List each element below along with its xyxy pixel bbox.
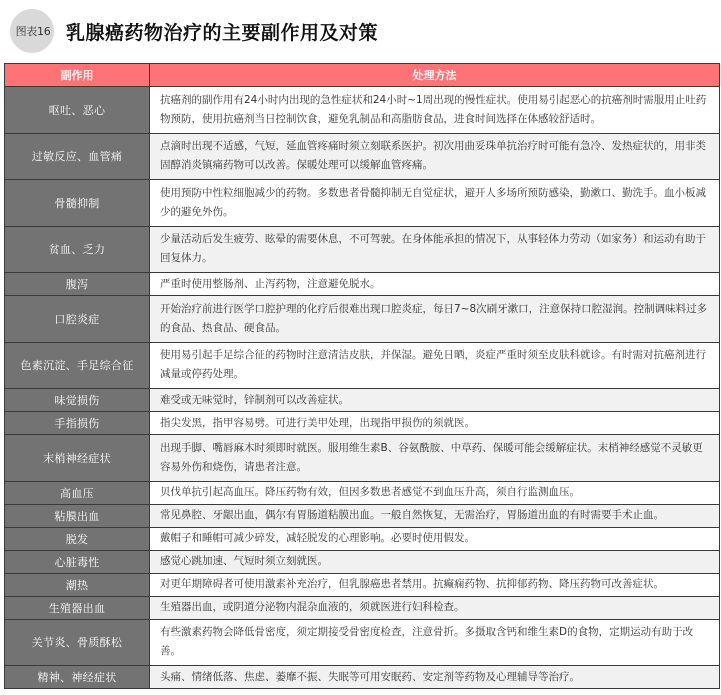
- table-row: 心脏毒性 感觉心跳加速、气短时须立刻就医。: [5, 550, 720, 573]
- side-effects-table: 副作用 处理方法 呕吐、恶心 抗癌剂的副作用有24小时内出现的急性症状和24小时…: [4, 63, 720, 689]
- side-effect-cell: 贫血、乏力: [5, 226, 150, 273]
- side-effect-cell: 色素沉淀、手足综合征: [5, 342, 150, 389]
- side-effect-cell: 高血压: [5, 481, 150, 504]
- figure-title-bar: 图表16 乳腺癌药物治疗的主要副作用及对策: [10, 9, 378, 53]
- treatment-cell: 常见鼻腔、牙龈出血，偶尔有胃肠道粘膜出血。一般自然恢复，无需治疗，胃肠道出血的有…: [150, 504, 720, 527]
- treatment-cell: 难受或无味觉时，锌制剂可以改善症状。: [150, 389, 720, 412]
- table-row: 呕吐、恶心 抗癌剂的副作用有24小时内出现的急性症状和24小时~1周出现的慢性症…: [5, 87, 720, 134]
- table-row: 腹泻 严重时使用整肠剂、止泻药物，注意避免脱水。: [5, 273, 720, 296]
- side-effect-cell: 骨髓抑制: [5, 180, 150, 227]
- treatment-cell: 点滴时出现不适感，气短，延血管疼痛时须立刻联系医护。初次用曲妥珠单抗治疗时可能有…: [150, 133, 720, 180]
- treatment-cell: 戴帽子和睡帽可减少碎发，减轻脱发的心理影响。必要时使用假发。: [150, 527, 720, 550]
- table-row: 色素沉淀、手足综合征 使用易引起手足综合征的药物时注意清洁皮肤，并保湿。避免日晒…: [5, 342, 720, 389]
- side-effect-cell: 手指损伤: [5, 412, 150, 435]
- side-effect-cell: 末梢神经症状: [5, 435, 150, 482]
- side-effect-cell: 过敏反应、血管痛: [5, 133, 150, 180]
- treatment-cell: 少量活动后发生疲劳、眩晕的需要休息，不可驾驶。在身体能承担的情况下，从事轻体力劳…: [150, 226, 720, 273]
- treatment-cell: 抗癌剂的副作用有24小时内出现的急性症状和24小时~1周出现的慢性症状。使用易引…: [150, 87, 720, 134]
- treatment-cell: 出现手脚、嘴唇麻木时须即时就医。服用维生素B、谷氨酰胺、中草药、保暖可能会缓解症…: [150, 435, 720, 482]
- table-row: 脱发 戴帽子和睡帽可减少碎发，减轻脱发的心理影响。必要时使用假发。: [5, 527, 720, 550]
- table-row: 味觉损伤 难受或无味觉时，锌制剂可以改善症状。: [5, 389, 720, 412]
- table-header-row: 副作用 处理方法: [5, 64, 720, 87]
- treatment-cell: 有些激素药物会降低骨密度，须定期接受骨密度检查，注意骨折。多摄取含钙和维生素D的…: [150, 619, 720, 666]
- side-effect-cell: 脱发: [5, 527, 150, 550]
- treatment-cell: 使用预防中性粒细胞减少的药物。多数患者骨髓抑制无自觉症状，避开人多场所预防感染，…: [150, 180, 720, 227]
- treatment-cell: 头痛、情绪低落、焦虑、萎靡不振、失眠等可用安眠药、安定剂等药物及心理辅导等治疗。: [150, 666, 720, 689]
- treatment-cell: 感觉心跳加速、气短时须立刻就医。: [150, 550, 720, 573]
- table-row: 口腔炎症 开始治疗前进行医学口腔护理的化疗后很难出现口腔炎症，每日7~8次刷牙漱…: [5, 296, 720, 343]
- side-effect-cell: 潮热: [5, 573, 150, 596]
- table-row: 过敏反应、血管痛 点滴时出现不适感，气短，延血管疼痛时须立刻联系医护。初次用曲妥…: [5, 133, 720, 180]
- side-effect-cell: 精神、神经症状: [5, 666, 150, 689]
- side-effect-cell: 粘膜出血: [5, 504, 150, 527]
- table-row: 关节炎、骨质酥松 有些激素药物会降低骨密度，须定期接受骨密度检查，注意骨折。多摄…: [5, 619, 720, 666]
- column-header-treatment: 处理方法: [150, 64, 720, 87]
- side-effect-cell: 生殖器出血: [5, 596, 150, 619]
- figure-number-label: 图表16: [16, 23, 51, 39]
- table-row: 高血压 贝伐单抗引起高血压。降压药物有效，但因多数患者感觉不到血压升高，须自行监…: [5, 481, 720, 504]
- side-effect-cell: 腹泻: [5, 273, 150, 296]
- side-effect-cell: 关节炎、骨质酥松: [5, 619, 150, 666]
- table-row: 潮热 对更年期障碍者可使用激素补充治疗，但乳腺癌患者禁用。抗癫痫药物、抗抑郁药物…: [5, 573, 720, 596]
- treatment-cell: 使用易引起手足综合征的药物时注意清洁皮肤，并保湿。避免日晒，炎症严重时须至皮肤科…: [150, 342, 720, 389]
- table-row: 末梢神经症状 出现手脚、嘴唇麻木时须即时就医。服用维生素B、谷氨酰胺、中草药、保…: [5, 435, 720, 482]
- table-row: 贫血、乏力 少量活动后发生疲劳、眩晕的需要休息，不可驾驶。在身体能承担的情况下，…: [5, 226, 720, 273]
- treatment-cell: 开始治疗前进行医学口腔护理的化疗后很难出现口腔炎症，每日7~8次刷牙漱口，注意保…: [150, 296, 720, 343]
- table-row: 精神、神经症状 头痛、情绪低落、焦虑、萎靡不振、失眠等可用安眠药、安定剂等药物及…: [5, 666, 720, 689]
- treatment-cell: 贝伐单抗引起高血压。降压药物有效，但因多数患者感觉不到血压升高，须自行监测血压。: [150, 481, 720, 504]
- side-effect-cell: 味觉损伤: [5, 389, 150, 412]
- column-header-side-effect: 副作用: [5, 64, 150, 87]
- treatment-cell: 对更年期障碍者可使用激素补充治疗，但乳腺癌患者禁用。抗癫痫药物、抗抑郁药物、降压…: [150, 573, 720, 596]
- table-row: 生殖器出血 生殖器出血，或阴道分泌物内混杂血液的，须就医进行妇科检查。: [5, 596, 720, 619]
- table-row: 骨髓抑制 使用预防中性粒细胞减少的药物。多数患者骨髓抑制无自觉症状，避开人多场所…: [5, 180, 720, 227]
- side-effect-cell: 心脏毒性: [5, 550, 150, 573]
- treatment-cell: 生殖器出血，或阴道分泌物内混杂血液的，须就医进行妇科检查。: [150, 596, 720, 619]
- table-row: 粘膜出血 常见鼻腔、牙龈出血，偶尔有胃肠道粘膜出血。一般自然恢复，无需治疗，胃肠…: [5, 504, 720, 527]
- treatment-cell: 严重时使用整肠剂、止泻药物，注意避免脱水。: [150, 273, 720, 296]
- treatment-cell: 指尖发黑，指甲容易劈。可进行美甲处理，出现指甲损伤的须就医。: [150, 412, 720, 435]
- side-effect-cell: 呕吐、恶心: [5, 87, 150, 134]
- figure-number-badge: 图表16: [10, 9, 54, 53]
- table-row: 手指损伤 指尖发黑，指甲容易劈。可进行美甲处理，出现指甲损伤的须就医。: [5, 412, 720, 435]
- side-effect-cell: 口腔炎症: [5, 296, 150, 343]
- figure-title: 乳腺癌药物治疗的主要副作用及对策: [66, 18, 378, 45]
